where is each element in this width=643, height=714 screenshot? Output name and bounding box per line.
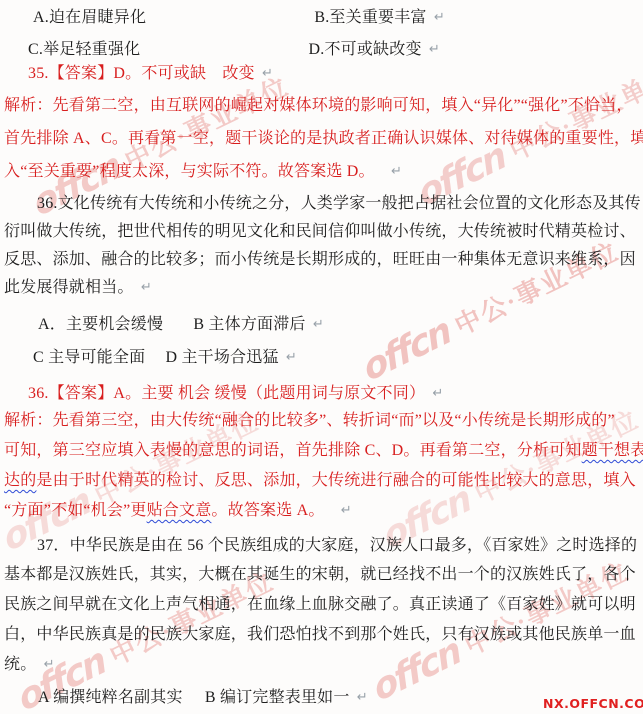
q36-analysis-text: 是由于时代精英的检讨、反思、添加，大传统进行融合的可能性比较大的意思，填入 xyxy=(36,472,635,489)
q36-analysis-line-1: 解析：先看第三空，由大传统“融合的比较多”、转折词“而”以及“小传统是长期形成的… xyxy=(4,411,615,430)
q36-stem-text: 此发展得就相当。 xyxy=(4,279,134,296)
q36-analysis-line-2: 可知，第三空应填入表慢的意思的词语，首先排除 C、D。再看第二空，分析可知题干想… xyxy=(4,441,643,460)
q37-stem-text: 统。 xyxy=(4,656,36,673)
paragraph-return-icon: ↵ xyxy=(141,280,152,295)
q37-option-a: A 编撰纯粹名副其实 xyxy=(38,689,183,706)
q36-analysis-line-3: 达的是由于时代精英的检讨、反思、添加，大传统进行融合的可能性比较大的意思，填入 xyxy=(4,471,636,490)
q35-answer: 35.【答案】D。不可或缺 改变 xyxy=(28,65,255,82)
q37-stem-line-3: 民族之间早就在文化上声气相通，在血缘上血脉交融了。真正读通了《百家姓》就可以明 xyxy=(4,595,636,614)
paragraph-return-icon: ↵ xyxy=(434,10,445,25)
q35-option-a: A.迫在眉睫异化 xyxy=(33,9,146,26)
q37-stem-line-4: 白，中华民族真是的民族大家庭，我们恐怕找不到那个姓氏，只有汉族或其他民族单一血 xyxy=(4,625,636,644)
q36-analysis-text: “方面”不如“机会”更 xyxy=(4,502,147,519)
q36-option-b: B 主体方面滞后 xyxy=(193,316,305,333)
q35-option-b: B.至关重要丰富 xyxy=(314,9,426,26)
q35-options-row-2: C.举足轻重强化 D.不可或缺改变 ↵ xyxy=(28,40,440,59)
q37-stem-line-2: 基本都是汉族姓氏，其实，大概在其诞生的宋朝，就已经找不出一个的汉族姓氏了，各个 xyxy=(4,565,636,584)
paragraph-return-icon: ↵ xyxy=(262,66,273,81)
q36-answer: 36.【答案】A。主要 机会 缓慢（此题用词与原文不同） xyxy=(28,385,425,402)
q36-analysis-text: 。故答案选 A。 xyxy=(211,502,324,519)
q35-analysis-line-3: 入“至关重要”程度太深，与实际不符。故答案选 D。 ↵ xyxy=(4,162,402,181)
q35-analysis-line-1: 解析：先看第二空，由互联网的崛起对媒体环境的影响可知，填入“异化”“强化”不恰当… xyxy=(4,96,633,115)
q37-options-row-1: A 编撰纯粹名副其实 B 编订完整表里如一 ↵ xyxy=(38,688,368,707)
q37-stem-line-5: 统。 ↵ xyxy=(4,655,55,674)
q36-stem-line-3: 反思、添加、融合的比较多；而小传统是长期形成的，旺旺由一种集体无意识来维系，因 xyxy=(4,250,636,269)
q36-options-row-2: C 主导可能全面 D 主干场合迅猛 ↵ xyxy=(33,348,297,367)
q36-option-a: A．主要机会缓慢 xyxy=(38,316,163,333)
paragraph-return-icon: ↵ xyxy=(286,350,297,365)
spellcheck-underlined-text: 达的 xyxy=(4,472,36,489)
q36-analysis-line-4: “方面”不如“机会”更贴合文意。故答案选 A。 ↵ xyxy=(4,501,352,520)
paragraph-return-icon: ↵ xyxy=(391,164,402,179)
offcn-logo-icon: offcn xyxy=(29,145,125,225)
q36-answer-line: 36.【答案】A。主要 机会 缓慢（此题用词与原文不同） ↵ xyxy=(28,384,443,403)
paragraph-return-icon: ↵ xyxy=(341,503,352,518)
q35-options-row-1: A.迫在眉睫异化 B.至关重要丰富 ↵ xyxy=(33,8,445,27)
q35-option-c: C.举足轻重强化 xyxy=(28,41,140,58)
q36-option-d: D 主干场合迅猛 xyxy=(165,349,278,366)
q35-answer-line: 35.【答案】D。不可或缺 改变 ↵ xyxy=(28,64,273,83)
offcn-logo-icon: offcn xyxy=(359,310,455,390)
spellcheck-underlined-text: 题干想表 xyxy=(582,442,643,459)
spellcheck-underlined-text: 贴合文意 xyxy=(147,502,212,519)
q37-option-b: B 编订完整表里如一 xyxy=(205,689,350,706)
watermark-text: 中公·事业单位 xyxy=(448,231,625,343)
q36-options-row-1: A．主要机会缓慢 B 主体方面滞后 ↵ xyxy=(38,315,324,334)
paragraph-return-icon: ↵ xyxy=(44,657,55,672)
paragraph-return-icon: ↵ xyxy=(429,42,440,57)
q35-analysis-line-2: 首先排除 A、C。再看第一空，题干谈论的是执政者正确认识媒体、对待媒体的重要性，… xyxy=(4,129,643,148)
q36-option-c: C 主导可能全面 xyxy=(33,349,145,366)
q35-option-d: D.不可或缺改变 xyxy=(308,41,421,58)
paragraph-return-icon: ↵ xyxy=(432,386,443,401)
q35-analysis-text: 入“至关重要”程度太深，与实际不符。故答案选 D。 xyxy=(4,163,375,180)
footer-site-url: NX.OFFCN.COM xyxy=(543,696,643,711)
paragraph-return-icon: ↵ xyxy=(357,690,368,705)
q36-analysis-text: 可知，第三空应填入表慢的意思的词语，首先排除 C、D。再看第二空，分析可知 xyxy=(4,442,582,459)
paragraph-return-icon: ↵ xyxy=(313,317,324,332)
q36-stem-line-2: 衍叫做大传统，把世代相传的明见文化和民间信仰叫做小传统，大传统被时代精英检讨、 xyxy=(4,222,636,241)
q36-stem-line-1: 36.文化传统有大传统和小传统之分，人类学家一般把占据社会位置的文化形态及其传 xyxy=(37,194,641,213)
q36-stem-line-4: 此发展得就相当。 ↵ xyxy=(4,278,152,297)
q37-stem-line-1: 37．中华民族是由在 56 个民族组成的大家庭，汉族人口最多，《百家姓》之时选择… xyxy=(37,536,637,555)
